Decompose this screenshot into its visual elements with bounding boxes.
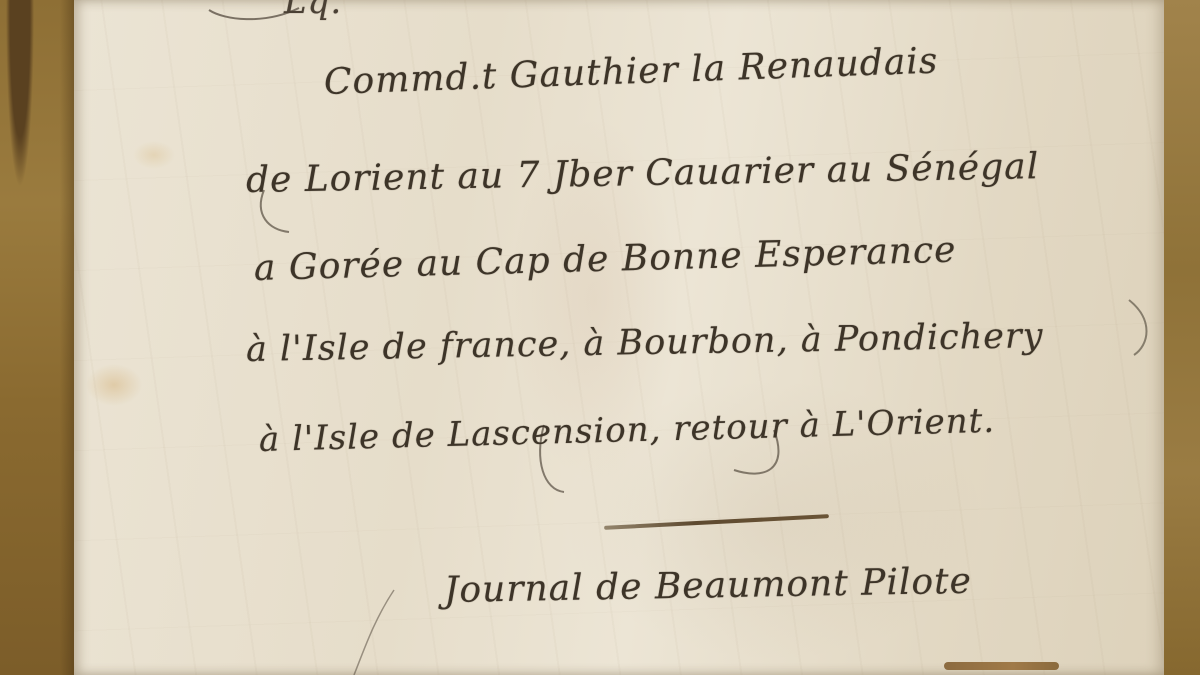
manuscript-line-commander: Commd.t Gauthier la Renaudais (323, 41, 939, 103)
book-binding-right (1160, 0, 1200, 675)
manuscript-photo: Lq. Commd.t Gauthier la Renaudais de Lor… (0, 0, 1200, 675)
manuscript-line-goree-cape: a Gorée au Cap de Bonne Esperance (253, 230, 956, 289)
manuscript-signature-line: Journal de Beaumont Pilote (444, 561, 973, 611)
manuscript-line-lorient-senegal: de Lorient au 7 Jber Cauarier au Sénégal (246, 146, 1040, 201)
manuscript-page: Lq. Commd.t Gauthier la Renaudais de Lor… (74, 0, 1164, 675)
ink-separator-line (604, 514, 829, 530)
manuscript-line-ascension-return: à l'Isle de Lascension, retour à L'Orien… (258, 401, 995, 460)
top-text-fragment: Lq. (284, 0, 342, 22)
book-binding-left (0, 0, 74, 675)
manuscript-line-isle-de-france: à l'Isle de france, à Bourbon, à Pondich… (246, 316, 1044, 370)
ink-stroke-bottom (944, 662, 1059, 670)
